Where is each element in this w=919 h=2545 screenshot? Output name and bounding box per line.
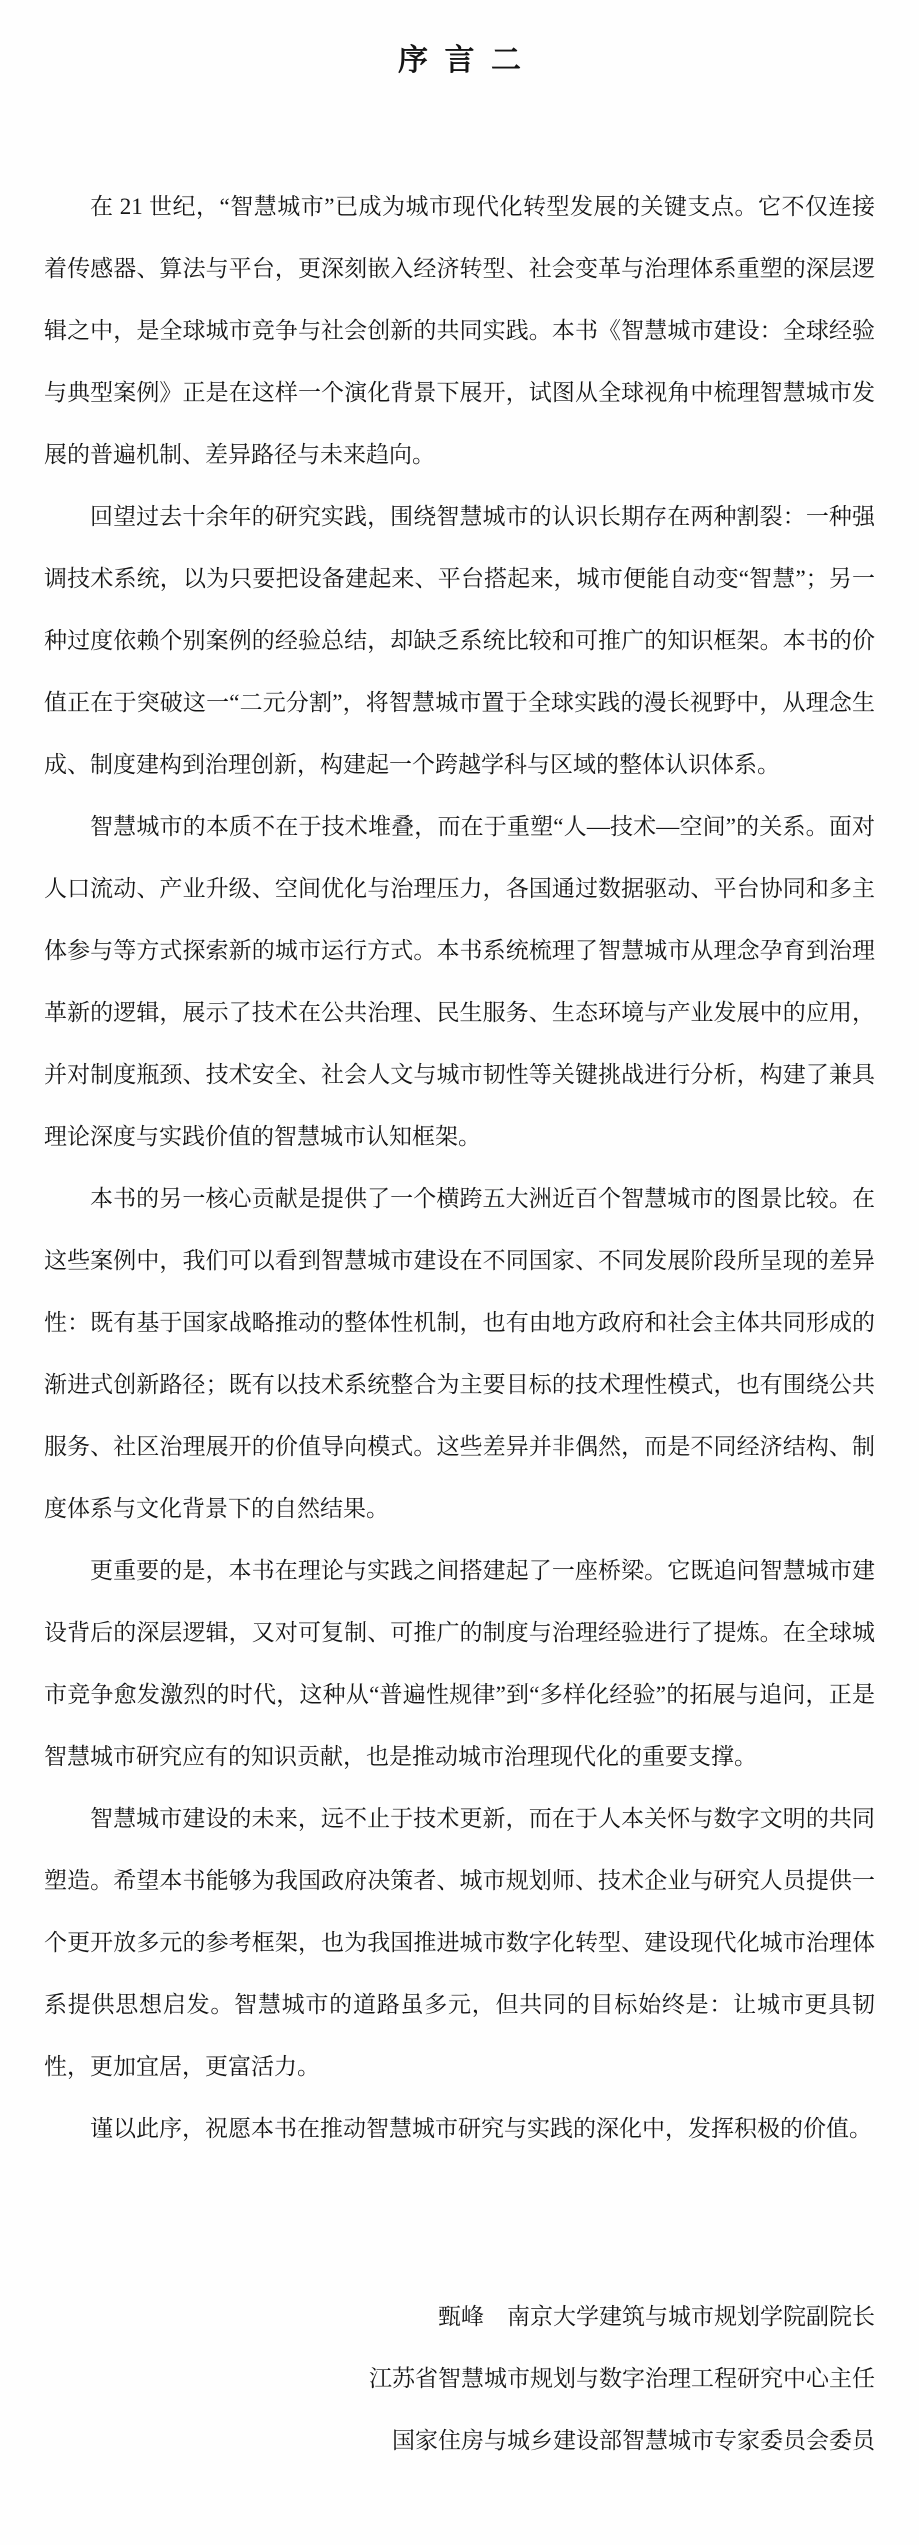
paragraph-4: 本书的另一核心贡献是提供了一个横跨五大洲近百个智慧城市的图景比较。在这些案例中，… xyxy=(44,1168,875,1540)
signature-line-author-title: 甄峰 南京大学建筑与城市规划学院副院长 xyxy=(44,2286,875,2348)
signature-line-committee-member: 国家住房与城乡建设部智慧城市专家委员会委员 xyxy=(44,2410,875,2472)
paragraph-7: 谨以此序，祝愿本书在推动智慧城市研究与实践的深化中，发挥积极的价值。 xyxy=(44,2098,875,2160)
page-title: 序言二 xyxy=(44,42,875,80)
document-page: 序言二 在 21 世纪，“智慧城市”已成为城市现代化转型发展的关键支点。它不仅连… xyxy=(0,0,919,2545)
paragraph-1: 在 21 世纪，“智慧城市”已成为城市现代化转型发展的关键支点。它不仅连接着传感… xyxy=(44,176,875,486)
paragraph-2: 回望过去十余年的研究实践，围绕智慧城市的认识长期存在两种割裂：一种强调技术系统，… xyxy=(44,486,875,796)
signature-line-center-director: 江苏省智慧城市规划与数字治理工程研究中心主任 xyxy=(44,2348,875,2410)
paragraph-5: 更重要的是，本书在理论与实践之间搭建起了一座桥梁。它既追问智慧城市建设背后的深层… xyxy=(44,1540,875,1788)
signature-block: 甄峰 南京大学建筑与城市规划学院副院长 江苏省智慧城市规划与数字治理工程研究中心… xyxy=(44,2286,875,2472)
paragraph-3: 智慧城市的本质不在于技术堆叠，而在于重塑“人—技术—空间”的关系。面对人口流动、… xyxy=(44,796,875,1168)
paragraph-6: 智慧城市建设的未来，远不止于技术更新，而在于人本关怀与数字文明的共同塑造。希望本… xyxy=(44,1788,875,2098)
